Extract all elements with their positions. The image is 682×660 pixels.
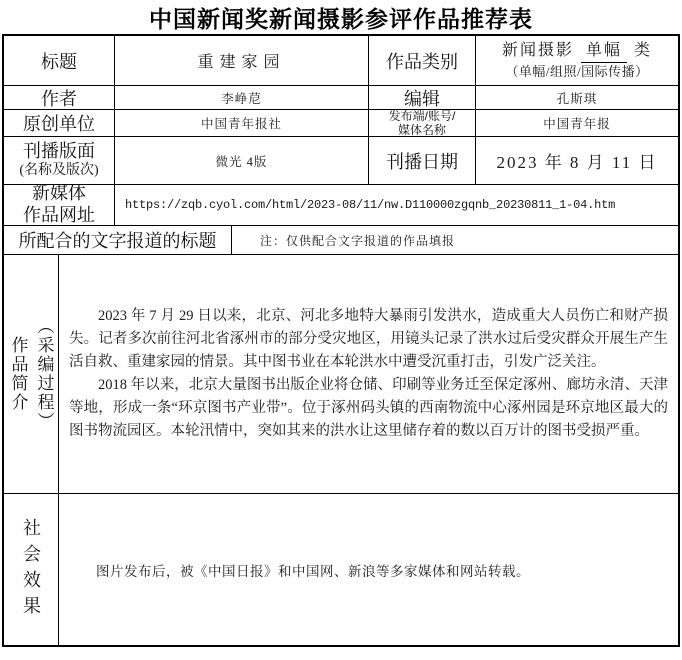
category-selected: 单幅 <box>581 40 627 63</box>
category-main: 新闻摄影 单幅 类 <box>502 40 652 63</box>
row-organization: 原创单位 中国青年报社 发布端/账号/ 媒体名称 中国青年报 <box>4 110 678 137</box>
document-title: 中国新闻奖新闻摄影参评作品推荐表 <box>0 0 682 34</box>
category-label: 作品类别 <box>369 36 476 85</box>
page-label-line1: 刊播版面 <box>23 141 95 163</box>
row-text-report: 所配合的文字报道的标题 注：仅供配合文字报道的作品填报 <box>4 226 678 255</box>
effect-label: 社会效果 <box>18 518 44 622</box>
date-value: 2023 年 8 月 11 日 <box>476 137 678 184</box>
effect-text: 图片发布后，被《中国日报》和中国网、新浪等多家媒体和网站转载。 <box>69 560 530 580</box>
intro-label: 作品简介 （采编过程） <box>6 317 57 431</box>
author-value: 李峥苨 <box>115 86 369 109</box>
url-label: 新媒体 作品网址 <box>4 185 115 225</box>
page-label: 刊播版面 (名称及版次) <box>4 137 115 184</box>
text-report-note: 注：仅供配合文字报道的作品填报 <box>232 226 678 254</box>
intro-text-cell: 2023 年 7 月 29 日以来，北京、河北多地特大暴雨引发洪水，造成重大人员… <box>59 255 678 493</box>
recommendation-form-table: 标题 重建家园 作品类别 新闻摄影 单幅 类 （单幅/组照/国际传播） 作者 李… <box>2 34 680 647</box>
page-value: 微光 4版 <box>115 137 369 184</box>
row-url: 新媒体 作品网址 https://zqb.cyol.com/html/2023-… <box>4 185 678 226</box>
editor-value: 孔斯琪 <box>476 86 678 109</box>
page-label-line2: (名称及版次) <box>19 163 98 180</box>
intro-paragraph-1: 2023 年 7 月 29 日以来，北京、河北多地特大暴雨引发洪水，造成重大人员… <box>69 305 668 374</box>
intro-label-right: （采编过程） <box>32 317 57 431</box>
category-prefix: 新闻摄影 <box>502 40 574 63</box>
url-label-line2: 作品网址 <box>23 205 95 225</box>
org-value: 中国青年报社 <box>115 110 369 136</box>
effect-label-cell: 社会效果 <box>4 494 59 645</box>
category-value: 新闻摄影 单幅 类 （单幅/组照/国际传播） <box>476 36 678 85</box>
url-value: https://zqb.cyol.com/html/2023-08/11/nw.… <box>125 198 615 212</box>
row-title: 标题 重建家园 作品类别 新闻摄影 单幅 类 （单幅/组照/国际传播） <box>4 36 678 86</box>
title-label: 标题 <box>4 36 115 85</box>
effect-text-cell: 图片发布后，被《中国日报》和中国网、新浪等多家媒体和网站转载。 <box>59 494 678 645</box>
url-value-cell: https://zqb.cyol.com/html/2023-08/11/nw.… <box>115 185 678 225</box>
row-author: 作者 李峥苨 编辑 孔斯琪 <box>4 86 678 110</box>
platform-label: 发布端/账号/ 媒体名称 <box>369 110 476 136</box>
url-label-line1: 新媒体 <box>32 185 86 205</box>
row-publication: 刊播版面 (名称及版次) 微光 4版 刊播日期 2023 年 8 月 11 日 <box>4 137 678 185</box>
category-suffix: 类 <box>634 40 652 63</box>
platform-value: 中国青年报 <box>476 110 678 136</box>
intro-label-cell: 作品简介 （采编过程） <box>4 255 59 493</box>
platform-label-line1: 发布端/账号/ <box>389 110 456 123</box>
text-report-label: 所配合的文字报道的标题 <box>4 226 232 254</box>
org-label: 原创单位 <box>4 110 115 136</box>
date-label: 刊播日期 <box>369 137 476 184</box>
title-value: 重建家园 <box>115 36 369 85</box>
platform-label-line2: 媒体名称 <box>398 123 446 136</box>
page: 中国新闻奖新闻摄影参评作品推荐表 标题 重建家园 作品类别 新闻摄影 单幅 类 … <box>0 0 682 647</box>
intro-paragraph-2: 2018 年以来，北京大量图书出版企业将仓储、印刷等业务迁至保定涿州、廊坊永清、… <box>69 374 668 443</box>
category-options: （单幅/组照/国际传播） <box>505 63 648 81</box>
row-social-effect: 社会效果 图片发布后，被《中国日报》和中国网、新浪等多家媒体和网站转载。 <box>4 494 678 645</box>
author-label: 作者 <box>4 86 115 109</box>
intro-label-left: 作品简介 <box>6 336 31 412</box>
editor-label: 编辑 <box>369 86 476 109</box>
row-introduction: 作品简介 （采编过程） 2023 年 7 月 29 日以来，北京、河北多地特大暴… <box>4 255 678 494</box>
